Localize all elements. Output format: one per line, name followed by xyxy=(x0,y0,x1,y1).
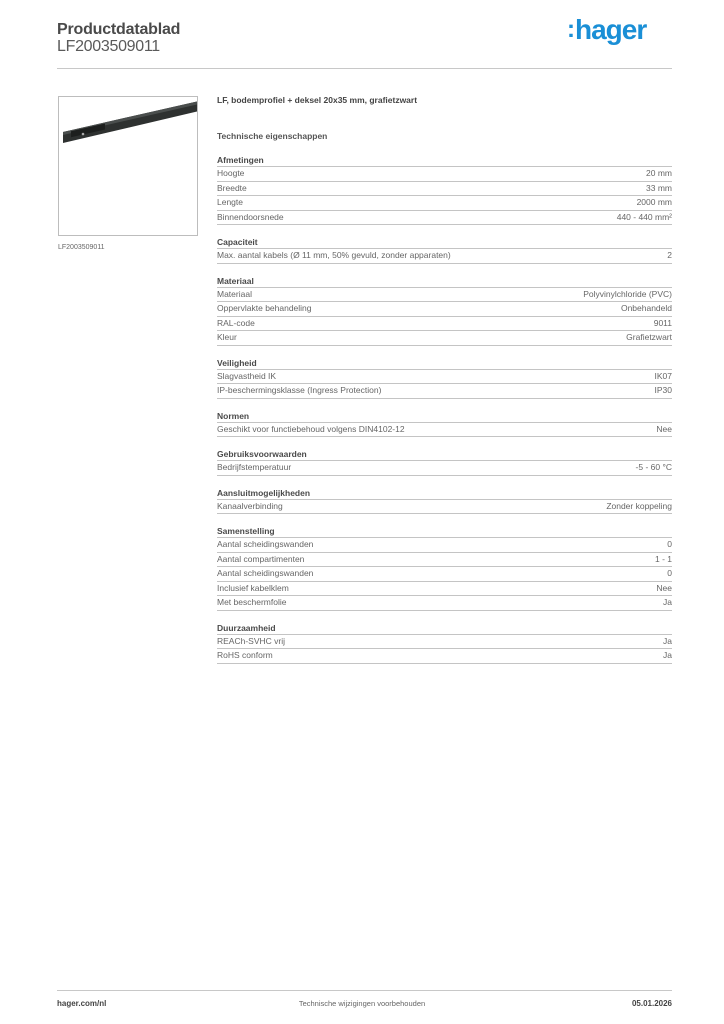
spec-value: -5 - 60 °C xyxy=(636,461,672,475)
spec-label: Lengte xyxy=(217,196,243,210)
spec-row: Aantal scheidingswanden0 xyxy=(217,538,672,553)
section-title: Aansluitmogelijkheden xyxy=(217,487,672,500)
spec-row: Hoogte20 mm xyxy=(217,167,672,182)
product-code: LF2003509011 xyxy=(57,38,160,56)
spec-label: Aantal scheidingswanden xyxy=(217,538,313,552)
spec-row: REACh-SVHC vrijJa xyxy=(217,635,672,650)
spec-sections: AfmetingenHoogte20 mmBreedte33 mmLengte2… xyxy=(217,154,672,664)
spec-value: 1 - 1 xyxy=(655,553,672,567)
spec-value: Nee xyxy=(656,423,672,437)
spec-row: RoHS conformJa xyxy=(217,649,672,664)
spec-value: Ja xyxy=(663,635,672,649)
spec-label: Materiaal xyxy=(217,288,252,302)
spec-label: RAL-code xyxy=(217,317,255,331)
spec-label: Met beschermfolie xyxy=(217,596,286,610)
spec-label: Geschikt voor functiebehoud volgens DIN4… xyxy=(217,423,405,437)
spec-label: Aantal compartimenten xyxy=(217,553,304,567)
spec-label: REACh-SVHC vrij xyxy=(217,635,285,649)
spec-label: Breedte xyxy=(217,182,247,196)
logo-text: hager xyxy=(575,14,646,45)
spec-value: 0 xyxy=(667,538,672,552)
spec-value: Grafietzwart xyxy=(626,331,672,345)
hager-logo: :hager xyxy=(567,14,646,46)
spec-value: Ja xyxy=(663,649,672,663)
spec-row: KleurGrafietzwart xyxy=(217,331,672,346)
product-description: LF, bodemprofiel + deksel 20x35 mm, graf… xyxy=(217,92,672,108)
spec-value: Onbehandeld xyxy=(621,302,672,316)
spec-section: MateriaalMateriaalPolyvinylchloride (PVC… xyxy=(217,275,672,346)
section-title: Duurzaamheid xyxy=(217,622,672,635)
spec-row: Max. aantal kabels (Ø 11 mm, 50% gevuld,… xyxy=(217,249,672,264)
spec-label: Aantal scheidingswanden xyxy=(217,567,313,581)
spec-value: 2000 mm xyxy=(637,196,672,210)
spec-row: KanaalverbindingZonder koppeling xyxy=(217,500,672,515)
spec-row: Slagvastheid IKIK07 xyxy=(217,370,672,385)
spec-row: Inclusief kabelklemNee xyxy=(217,582,672,597)
spec-label: Bedrijfstemperatuur xyxy=(217,461,291,475)
spec-label: Oppervlakte behandeling xyxy=(217,302,312,316)
spec-section: AfmetingenHoogte20 mmBreedte33 mmLengte2… xyxy=(217,154,672,225)
spec-section: DuurzaamheidREACh-SVHC vrijJaRoHS confor… xyxy=(217,622,672,664)
spec-value: IK07 xyxy=(655,370,673,384)
spec-label: Inclusief kabelklem xyxy=(217,582,289,596)
spec-value: IP30 xyxy=(655,384,673,398)
spec-label: Slagvastheid IK xyxy=(217,370,276,384)
spec-row: Bedrijfstemperatuur-5 - 60 °C xyxy=(217,461,672,476)
footer-divider xyxy=(57,990,672,991)
footer-disclaimer: Technische wijzigingen voorbehouden xyxy=(0,999,724,1008)
spec-row: Met beschermfolieJa xyxy=(217,596,672,611)
spec-label: Kanaalverbinding xyxy=(217,500,283,514)
spec-value: 440 - 440 mm² xyxy=(617,211,672,225)
spec-row: MateriaalPolyvinylchloride (PVC) xyxy=(217,288,672,303)
spec-section: SamenstellingAantal scheidingswanden0Aan… xyxy=(217,525,672,611)
spec-value: Nee xyxy=(656,582,672,596)
spec-section: VeiligheidSlagvastheid IKIK07IP-bescherm… xyxy=(217,357,672,399)
cable-duct-icon xyxy=(59,97,197,235)
spec-row: Binnendoorsnede440 - 440 mm² xyxy=(217,211,672,226)
spec-row: Oppervlakte behandelingOnbehandeld xyxy=(217,302,672,317)
spec-row: Geschikt voor functiebehoud volgens DIN4… xyxy=(217,423,672,438)
spec-section: NormenGeschikt voor functiebehoud volgen… xyxy=(217,410,672,438)
spec-value: 2 xyxy=(667,249,672,263)
spec-row: Breedte33 mm xyxy=(217,182,672,197)
spec-row: IP-beschermingsklasse (Ingress Protectio… xyxy=(217,384,672,399)
spec-label: Max. aantal kabels (Ø 11 mm, 50% gevuld,… xyxy=(217,249,451,263)
tech-properties-heading: Technische eigenschappen xyxy=(217,129,672,143)
spec-value: 20 mm xyxy=(646,167,672,181)
footer-date: 05.01.2026 xyxy=(632,999,672,1008)
spec-section: AansluitmogelijkhedenKanaalverbindingZon… xyxy=(217,487,672,515)
spec-section: CapaciteitMax. aantal kabels (Ø 11 mm, 5… xyxy=(217,236,672,264)
spec-value: 0 xyxy=(667,567,672,581)
section-title: Capaciteit xyxy=(217,236,672,249)
image-caption: LF2003509011 xyxy=(58,244,105,251)
spec-value: Polyvinylchloride (PVC) xyxy=(583,288,672,302)
section-title: Normen xyxy=(217,410,672,423)
spec-value: 9011 xyxy=(654,317,672,331)
product-image xyxy=(58,96,198,236)
section-title: Afmetingen xyxy=(217,154,672,167)
spec-value: 33 mm xyxy=(646,182,672,196)
spec-row: RAL-code9011 xyxy=(217,317,672,332)
spec-label: Kleur xyxy=(217,331,237,345)
logo-colon-icon: : xyxy=(567,16,574,43)
spec-row: Lengte2000 mm xyxy=(217,196,672,211)
spec-value: Ja xyxy=(663,596,672,610)
spec-label: Binnendoorsnede xyxy=(217,211,284,225)
header-divider xyxy=(57,68,672,69)
spec-section: GebruiksvoorwaardenBedrijfstemperatuur-5… xyxy=(217,448,672,476)
section-title: Materiaal xyxy=(217,275,672,288)
page-title: Productdatablad xyxy=(57,21,180,39)
section-title: Veiligheid xyxy=(217,357,672,370)
spec-label: RoHS conform xyxy=(217,649,273,663)
spec-value: Zonder koppeling xyxy=(606,500,672,514)
section-title: Samenstelling xyxy=(217,525,672,538)
spec-label: IP-beschermingsklasse (Ingress Protectio… xyxy=(217,384,381,398)
spec-row: Aantal scheidingswanden0 xyxy=(217,567,672,582)
spec-content: LF, bodemprofiel + deksel 20x35 mm, graf… xyxy=(217,92,672,664)
section-title: Gebruiksvoorwaarden xyxy=(217,448,672,461)
spec-label: Hoogte xyxy=(217,167,244,181)
spec-row: Aantal compartimenten1 - 1 xyxy=(217,553,672,568)
